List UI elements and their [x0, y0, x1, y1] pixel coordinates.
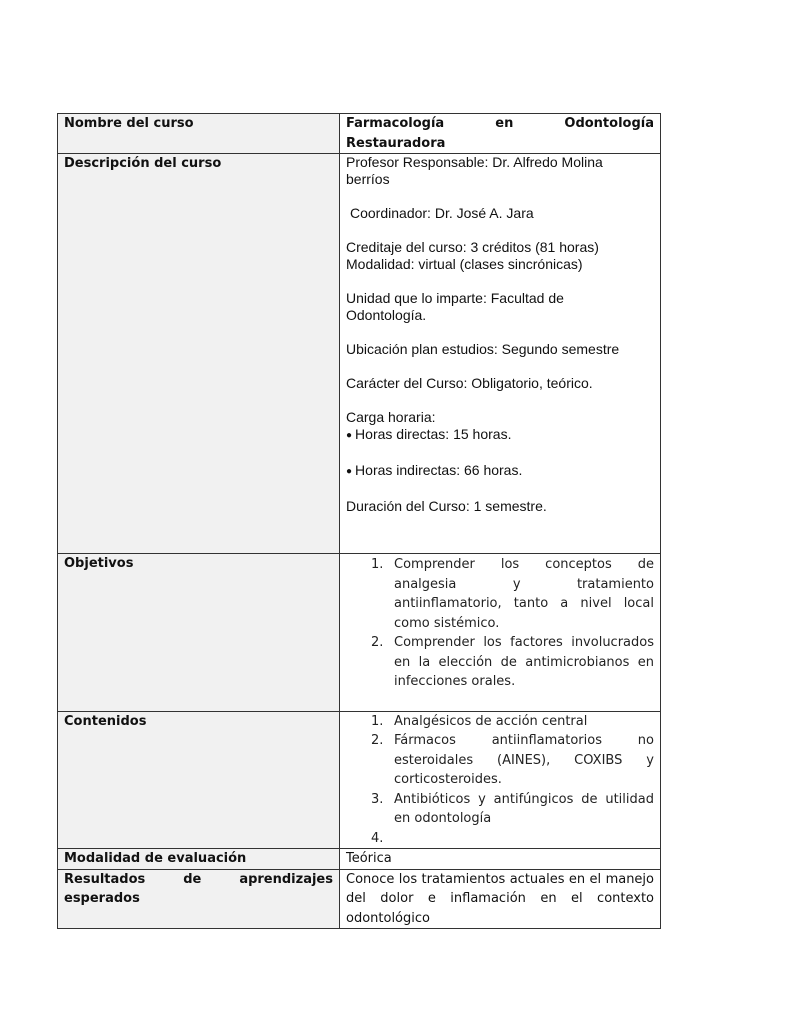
objective-item: 2. Comprender los factores involucrados …	[346, 633, 654, 692]
horas-indirectas-text: Horas indirectas: 66 horas.	[346, 462, 522, 478]
evaluation-label: Modalidad de evaluación	[58, 849, 340, 870]
outcomes-label: Resultados de aprendizajes esperados	[58, 869, 340, 929]
description-value: Profesor Responsable: Dr. Alfredo Molina…	[340, 154, 661, 554]
coordinador-text: Coordinador: Dr. José A. Jara	[346, 205, 654, 222]
contents-list: 1. Analgésicos de acción central 2. Fárm…	[346, 712, 654, 849]
horas-indirectas-item: Horas indirectas: 66 horas.	[346, 462, 654, 481]
objectives-label: Objetivos	[58, 554, 340, 712]
description-label: Descripción del curso	[58, 154, 340, 554]
outcomes-value: Conoce los tratamientos actuales en el m…	[340, 869, 661, 929]
document-page: Nombre del curso Farmacología en Odontol…	[0, 0, 800, 1035]
objectives-list: 1. Comprender los conceptos de analgesia…	[346, 555, 654, 692]
creditaje-modalidad: Creditaje del curso: 3 créditos (81 hora…	[346, 239, 654, 273]
contents-label: Contenidos	[58, 711, 340, 849]
caracter-text: Carácter del Curso: Obligatorio, teórico…	[346, 375, 654, 392]
horas-directas-text: Horas directas: 15 horas.	[346, 426, 511, 442]
evaluation-value: Teórica	[340, 849, 661, 870]
ubicacion-text: Ubicación plan estudios: Segundo semestr…	[346, 341, 654, 358]
modalidad-text: Modalidad: virtual (clases sincrónicas)	[346, 256, 583, 272]
content-item: 2. Fármacos antiinflamatorios no esteroi…	[346, 731, 654, 790]
row-outcomes: Resultados de aprendizajes esperados Con…	[58, 869, 661, 929]
row-evaluation: Modalidad de evaluación Teórica	[58, 849, 661, 870]
row-contents: Contenidos 1. Analgésicos de acción cent…	[58, 711, 661, 849]
unidad-text: Unidad que lo imparte: Facultad de Odont…	[346, 290, 596, 324]
course-name-label: Nombre del curso	[58, 114, 340, 154]
description-spacer	[346, 515, 654, 549]
carga-horaria: Carga horaria: Horas directas: 15 horas.	[346, 409, 654, 445]
contents-value: 1. Analgésicos de acción central 2. Fárm…	[340, 711, 661, 849]
course-name-value: Farmacología en Odontología Restauradora	[340, 114, 661, 154]
creditaje-text: Creditaje del curso: 3 créditos (81 hora…	[346, 239, 599, 255]
row-description: Descripción del curso Profesor Responsab…	[58, 154, 661, 554]
course-info-table: Nombre del curso Farmacología en Odontol…	[57, 113, 661, 929]
row-objectives: Objetivos 1. Comprender los conceptos de…	[58, 554, 661, 712]
objectives-value: 1. Comprender los conceptos de analgesia…	[340, 554, 661, 712]
row-course-name: Nombre del curso Farmacología en Odontol…	[58, 114, 661, 154]
carga-title: Carga horaria:	[346, 409, 436, 425]
content-item: 1. Analgésicos de acción central	[346, 712, 654, 732]
course-name-line1: Farmacología en Odontología	[346, 114, 654, 134]
course-name-line2: Restauradora	[346, 134, 654, 154]
objective-item: 1. Comprender los conceptos de analgesia…	[346, 555, 654, 633]
profesor-text: Profesor Responsable: Dr. Alfredo Molina…	[346, 154, 636, 188]
content-item: 3. Antibióticos y antifúngicos de utilid…	[346, 790, 654, 829]
content-item: 4.	[346, 829, 654, 849]
duracion-text: Duración del Curso: 1 semestre.	[346, 498, 654, 515]
